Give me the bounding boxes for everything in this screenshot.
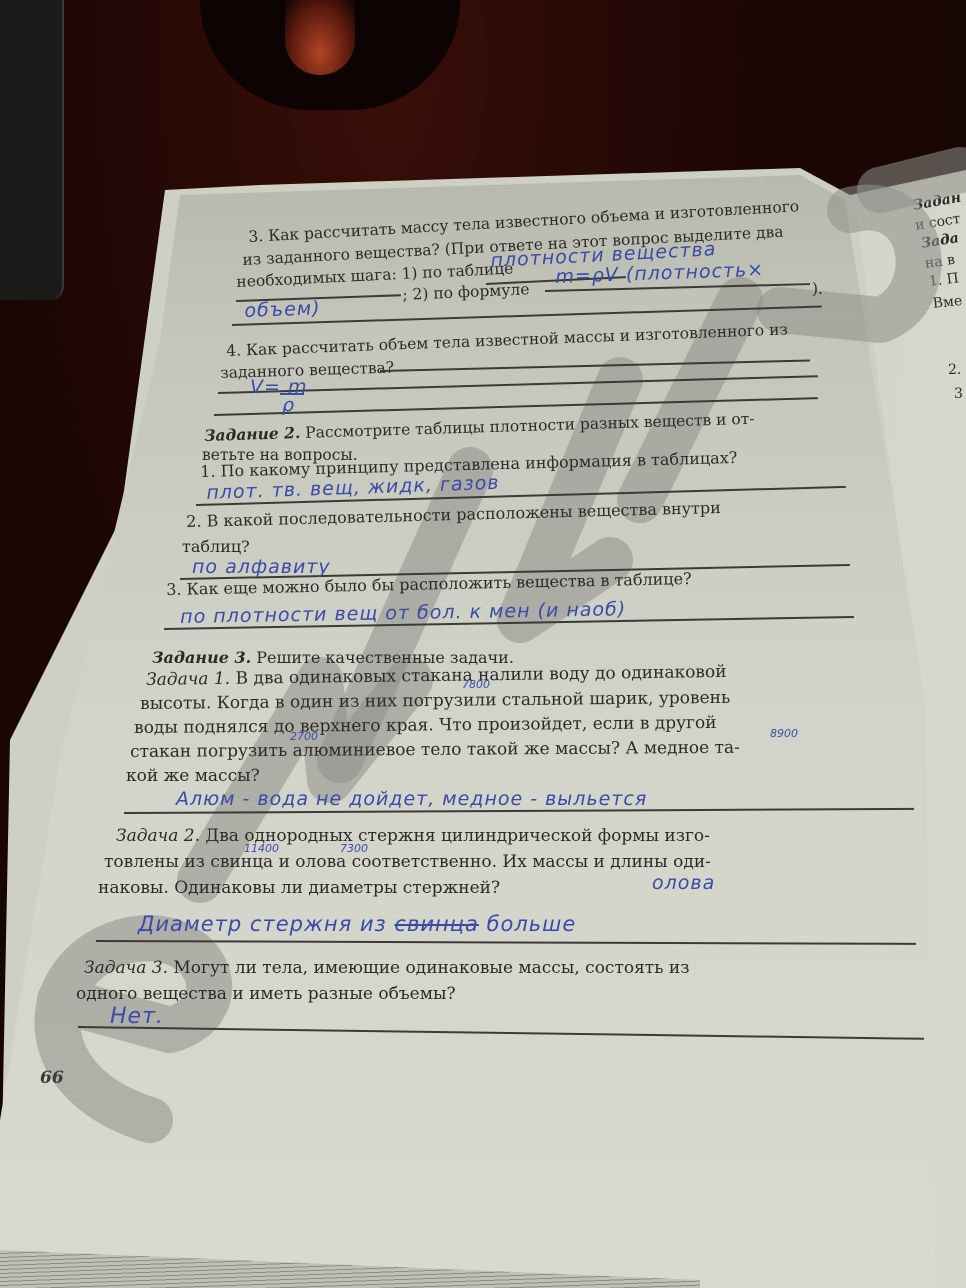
handwritten-answer: ρ — [282, 394, 295, 416]
problem-1-label: Задача 1. — [146, 669, 230, 690]
right-page-line: Вме — [932, 293, 963, 312]
problem-1-text: стакан погрузить алюминиевое тело такой … — [130, 738, 740, 762]
workbook-page — [0, 0, 966, 1288]
density-note: 2700 — [290, 730, 318, 743]
problem-2-text: товлены из свинца и олова соответственно… — [104, 852, 711, 872]
handwritten-answer: по алфавиту — [192, 556, 331, 578]
question-3-text: ). — [812, 280, 823, 298]
handwritten-answer: Алюм - вода не дойдет, медное - выльется — [176, 788, 647, 810]
task-3-text: Задание 3. Решите качественные задачи. — [152, 648, 514, 667]
right-page-line: 3 — [954, 386, 963, 402]
problem-2-label: Задача 2. — [116, 826, 200, 846]
problem-1-text: кой же массы? — [126, 766, 260, 786]
density-note: 11400 — [244, 842, 279, 855]
lamp-glow — [285, 0, 355, 75]
handwritten-answer: V= m — [250, 376, 307, 398]
problem-2-text: наковы. Одинаковы ли диаметры стержней? — [98, 878, 500, 898]
density-note: 8900 — [770, 727, 798, 740]
problem-3-text: Задача 3. Могут ли тела, имеющие одинако… — [84, 958, 689, 978]
density-note: 7300 — [340, 842, 368, 855]
handwritten-answer: Нет. — [110, 1004, 164, 1029]
struck-word: свинца — [394, 912, 478, 936]
problem-3-text: одного вещества и иметь разные объемы? — [76, 984, 456, 1004]
handwritten-answer: объем) — [244, 297, 321, 322]
task-3-title: Задание 3. — [152, 648, 251, 667]
task-2-question: таблиц? — [182, 537, 250, 556]
task-2-title: Задание 2. — [204, 423, 301, 445]
handwritten-answer: Диаметр стержня из свинца больше — [138, 912, 576, 936]
problem-2-text: Задача 2. Два однородных стержня цилиндр… — [116, 826, 710, 846]
page-number: 66 — [40, 1068, 64, 1088]
phone-edge — [0, 0, 64, 300]
handwritten-correction: олова — [652, 872, 715, 894]
right-page-line: 2. — [948, 362, 961, 378]
problem-3-label: Задача 3. — [84, 958, 168, 978]
density-note: 7800 — [462, 678, 490, 691]
task-3-instruction: Решите качественные задачи. — [256, 648, 514, 667]
